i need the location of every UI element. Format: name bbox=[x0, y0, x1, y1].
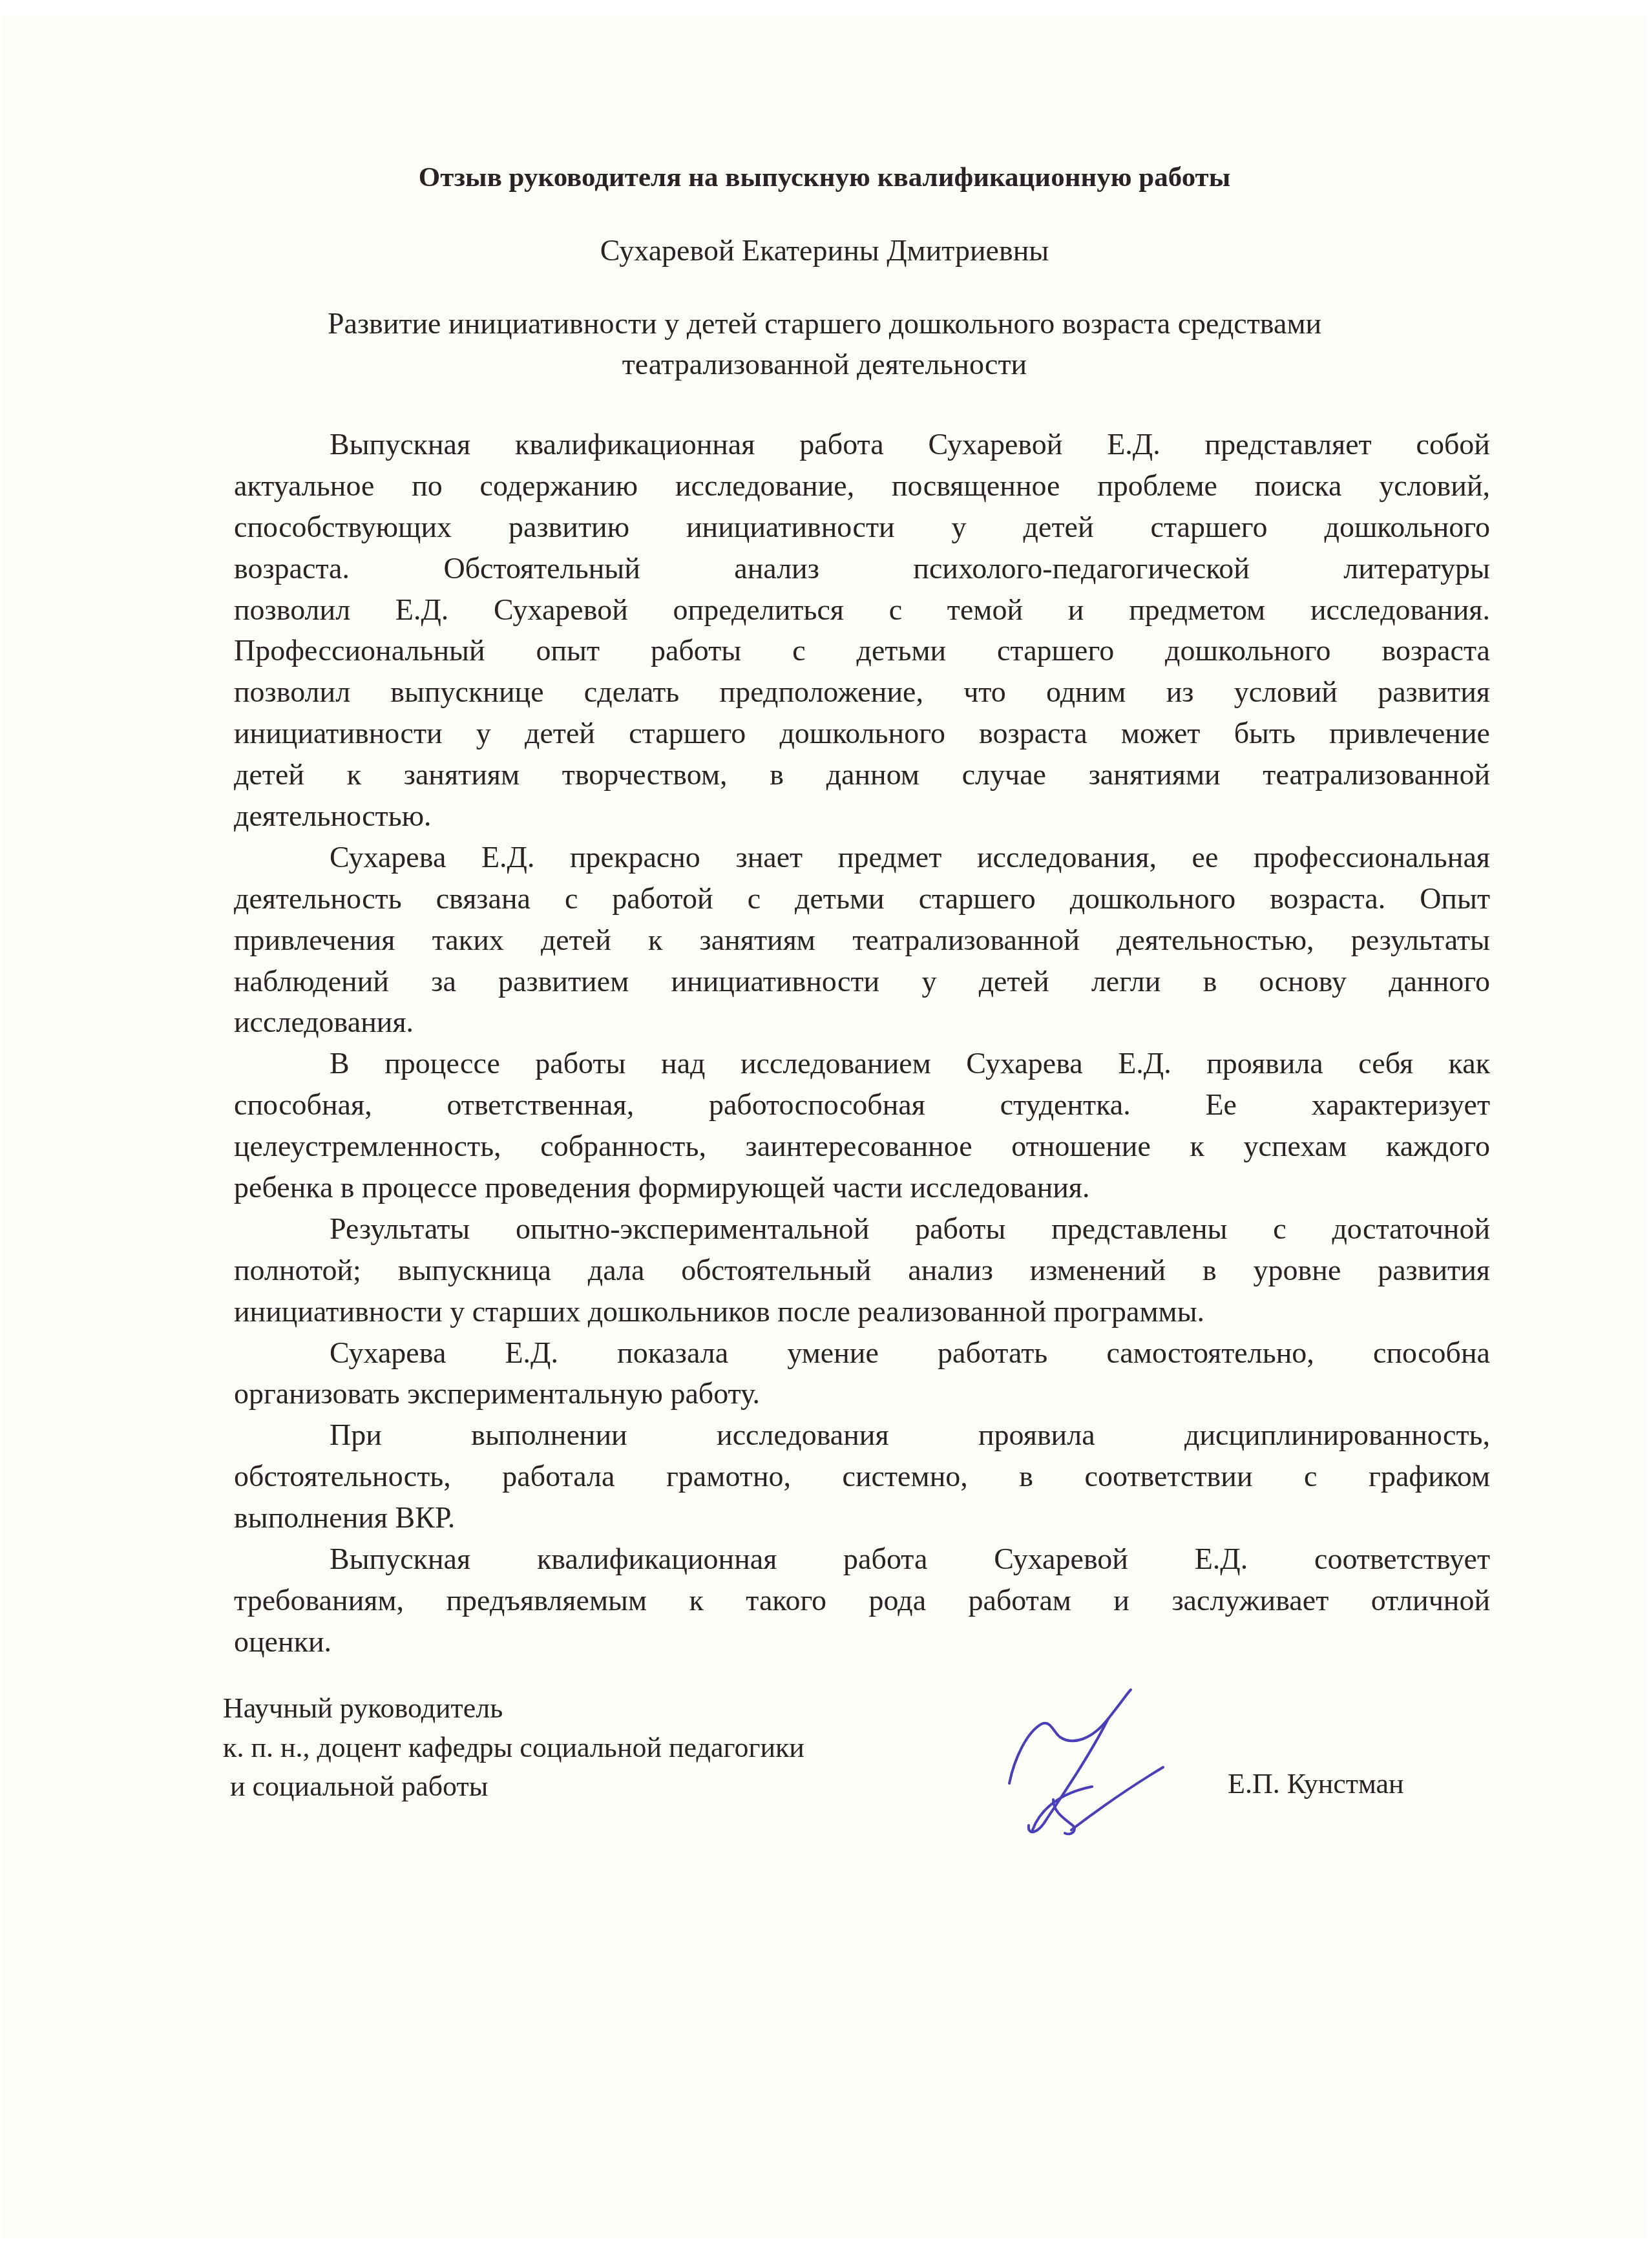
review-body: Выпускная квалификационная работа Сухаре… bbox=[234, 424, 1490, 1663]
paragraph-2-line: привлечения таких детей к занятиям театр… bbox=[234, 919, 1490, 961]
paragraph-1-line: способствующих развитию инициативности у… bbox=[234, 507, 1490, 548]
supervisor-role: Научный руководитель bbox=[223, 1689, 804, 1728]
paragraph-2-line: исследования. bbox=[234, 1002, 1490, 1043]
paragraph-1-line: Выпускная квалификационная работа Сухаре… bbox=[234, 424, 1490, 465]
paragraph-6-line: выполнения ВКР. bbox=[234, 1497, 1490, 1538]
paragraph-5-line: Сухарева Е.Д. показала умение работать с… bbox=[234, 1332, 1490, 1374]
thesis-topic-line: Развитие инициативности у детей старшего… bbox=[0, 303, 1649, 344]
paragraph-1-line: деятельностью. bbox=[234, 795, 1490, 837]
paragraph-1-line: детей к занятиям творчеством, в данном с… bbox=[234, 754, 1490, 795]
document-title: Отзыв руководителя на выпускную квалифик… bbox=[0, 160, 1649, 196]
paragraph-2-line: наблюдений за развитием инициативности у… bbox=[234, 961, 1490, 1002]
paragraph-4-line: Результаты опытно-экспериментальной рабо… bbox=[234, 1208, 1490, 1250]
supervisor-position: к. п. н., доцент кафедры социальной педа… bbox=[223, 1728, 804, 1768]
paragraph-1-line: актуальное по содержанию исследование, п… bbox=[234, 465, 1490, 507]
paragraph-7-line: оценки. bbox=[234, 1621, 1490, 1663]
paragraph-4-line: инициативности у старших дошкольников по… bbox=[234, 1291, 1490, 1332]
paragraph-3-line: целеустремленность, собранность, заинтер… bbox=[234, 1126, 1490, 1167]
paragraph-6-line: обстоятельность, работала грамотно, сист… bbox=[234, 1456, 1490, 1497]
paragraph-6-line: При выполнении исследования проявила дис… bbox=[234, 1414, 1490, 1456]
paragraph-2-line: деятельность связана с работой с детьми … bbox=[234, 878, 1490, 919]
paragraph-7-line: требованиям, предъявляемым к такого рода… bbox=[234, 1580, 1490, 1621]
paragraph-1-line: позволил выпускнице сделать предположени… bbox=[234, 671, 1490, 713]
paragraph-2-line: Сухарева Е.Д. прекрасно знает предмет ис… bbox=[234, 837, 1490, 878]
student-name: Сухаревой Екатерины Дмитриевны bbox=[0, 231, 1649, 270]
paragraph-7-line: Выпускная квалификационная работа Сухаре… bbox=[234, 1538, 1490, 1580]
supervisor-credentials: Научный руководитель к. п. н., доцент ка… bbox=[223, 1689, 804, 1807]
paragraph-1-line: Профессиональный опыт работы с детьми ст… bbox=[234, 630, 1490, 671]
paragraph-1-line: возраста. Обстоятельный анализ психолого… bbox=[234, 548, 1490, 589]
paragraph-3-line: ребенка в процессе проведения формирующе… bbox=[234, 1167, 1490, 1208]
paragraph-3-line: способная, ответственная, работоспособна… bbox=[234, 1084, 1490, 1126]
paragraph-4-line: полнотой; выпускница дала обстоятельный … bbox=[234, 1250, 1490, 1291]
thesis-topic-line: театрализованной деятельности bbox=[0, 344, 1649, 384]
supervisor-department: и социальной работы bbox=[223, 1767, 804, 1807]
paragraph-3-line: В процессе работы над исследованием Суха… bbox=[234, 1043, 1490, 1084]
paragraph-1-line: инициативности у детей старшего дошкольн… bbox=[234, 713, 1490, 754]
thesis-topic: Развитие инициативности у детей старшего… bbox=[0, 303, 1649, 384]
paragraph-1-line: позволил Е.Д. Сухаревой определиться с т… bbox=[234, 589, 1490, 631]
signer-name: Е.П. Кунстман bbox=[1228, 1766, 1404, 1802]
paragraph-5-line: организовать экспериментальную работу. bbox=[234, 1373, 1490, 1414]
handwritten-signature-icon bbox=[989, 1680, 1170, 1848]
